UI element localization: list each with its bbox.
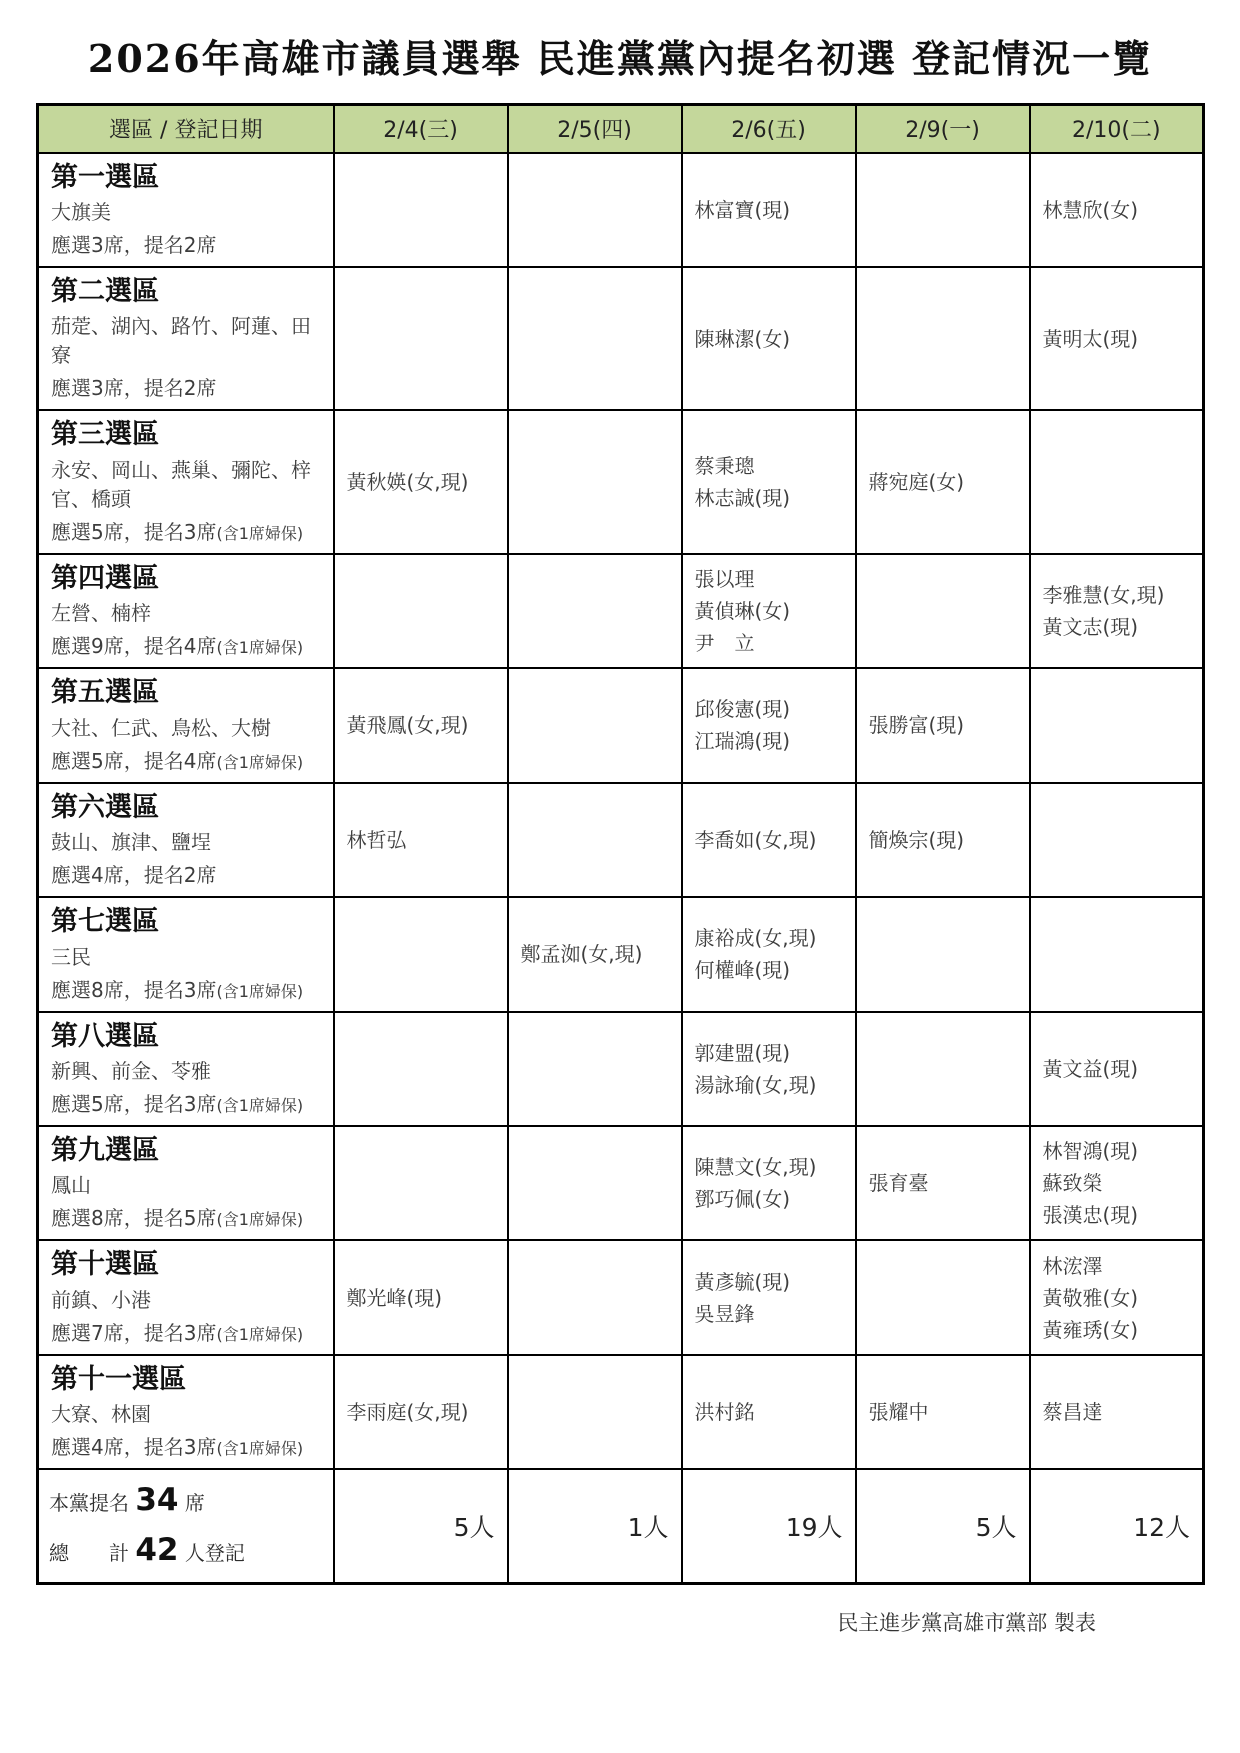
table-row: 第三選區永安、岡山、燕巢、彌陀、梓官、橋頭應選5席，提名3席(含1席婦保)黃秋媖… [38, 410, 1204, 553]
summary-row: 本黨提名 34 席 總 計 42 人登記 5人 1人 19人 5人 12人 [38, 1469, 1204, 1583]
candidates-cell [856, 554, 1030, 668]
candidates-cell [508, 1355, 682, 1469]
candidates-cell: 邱俊憲(現) 江瑞鴻(現) [682, 668, 856, 782]
header-date-4: 2/9(一) [856, 105, 1030, 153]
district-seats: 應選5席，提名4席(含1席婦保) [51, 748, 325, 774]
table-body: 第一選區大旗美應選3席，提名2席林富寶(現)林慧欣(女)第二選區茄萣、湖內、路竹… [38, 153, 1204, 1470]
candidates-cell [508, 1126, 682, 1240]
table-row: 第八選區新興、前金、苓雅應選5席，提名3席(含1席婦保)郭建盟(現) 湯詠瑜(女… [38, 1012, 1204, 1126]
candidates-cell [856, 1240, 1030, 1354]
candidates-cell [334, 153, 508, 267]
summary-total-count: 42 [135, 1532, 178, 1568]
candidates-cell: 黃飛鳳(女,現) [334, 668, 508, 782]
district-areas: 大旗美 [51, 198, 325, 227]
table-row: 第十一選區大寮、林園應選4席，提名3席(含1席婦保)李雨庭(女,現)洪村銘張耀中… [38, 1355, 1204, 1469]
district-cell: 第五選區大社、仁武、鳥松、大樹應選5席，提名4席(含1席婦保) [38, 668, 334, 782]
header-date-3: 2/6(五) [682, 105, 856, 153]
district-name: 第二選區 [51, 274, 325, 310]
candidates-cell: 鄭光峰(現) [334, 1240, 508, 1354]
candidates-cell [508, 1012, 682, 1126]
district-name: 第十選區 [51, 1247, 325, 1283]
district-areas: 三民 [51, 943, 325, 972]
district-cell: 第六選區鼓山、旗津、鹽埕應選4席，提名2席 [38, 783, 334, 897]
summary-count-5: 12人 [1030, 1469, 1204, 1583]
district-areas: 茄萣、湖內、路竹、阿蓮、田寮 [51, 312, 325, 370]
candidates-cell: 林智鴻(現) 蘇致榮 張漢忠(現) [1030, 1126, 1204, 1240]
summary-count-2: 1人 [508, 1469, 682, 1583]
page-title: 2026年高雄市議員選舉 民進黨黨內提名初選 登記情況一覽 [36, 28, 1204, 83]
candidates-cell: 蔡秉璁 林志誠(現) [682, 410, 856, 553]
candidates-cell [508, 267, 682, 410]
district-seats-note: (含1席婦保) [216, 1210, 303, 1229]
candidates-cell: 林哲弘 [334, 783, 508, 897]
candidates-cell: 郭建盟(現) 湯詠瑜(女,現) [682, 1012, 856, 1126]
district-areas: 大社、仁武、鳥松、大樹 [51, 714, 325, 743]
candidates-cell: 康裕成(女,現) 何權峰(現) [682, 897, 856, 1011]
summary-label-cell: 本黨提名 34 席 總 計 42 人登記 [38, 1469, 334, 1583]
candidates-cell [1030, 410, 1204, 553]
table-credit: 民主進步黨高雄市黨部 製表 [36, 1607, 1204, 1637]
table-row: 第六選區鼓山、旗津、鹽埕應選4席，提名2席林哲弘李喬如(女,現)簡煥宗(現) [38, 783, 1204, 897]
district-areas: 左營、楠梓 [51, 599, 325, 628]
registration-table: 選區 / 登記日期 2/4(三) 2/5(四) 2/6(五) 2/9(一) 2/… [36, 103, 1205, 1585]
district-cell: 第三選區永安、岡山、燕巢、彌陀、梓官、橋頭應選5席，提名3席(含1席婦保) [38, 410, 334, 553]
candidates-cell [856, 897, 1030, 1011]
summary-nominated-line: 本黨提名 34 席 [49, 1476, 325, 1526]
district-seats: 應選5席，提名3席(含1席婦保) [51, 519, 325, 545]
candidates-cell: 黃明太(現) [1030, 267, 1204, 410]
district-seats: 應選5席，提名3席(含1席婦保) [51, 1091, 325, 1117]
district-seats: 應選4席，提名3席(含1席婦保) [51, 1434, 325, 1460]
district-name: 第四選區 [51, 561, 325, 597]
summary-count-3: 19人 [682, 1469, 856, 1583]
candidates-cell [508, 783, 682, 897]
summary-total-prefix: 總 計 [49, 1541, 129, 1565]
candidates-cell: 李雨庭(女,現) [334, 1355, 508, 1469]
district-seats-note: (含1席婦保) [216, 1325, 303, 1344]
candidates-cell [508, 153, 682, 267]
candidates-cell: 李喬如(女,現) [682, 783, 856, 897]
district-seats-note: (含1席婦保) [216, 1096, 303, 1115]
district-cell: 第四選區左營、楠梓應選9席，提名4席(含1席婦保) [38, 554, 334, 668]
candidates-cell [508, 1240, 682, 1354]
district-cell: 第二選區茄萣、湖內、路竹、阿蓮、田寮應選3席，提名2席 [38, 267, 334, 410]
district-seats: 應選3席，提名2席 [51, 232, 325, 258]
candidates-cell: 張育臺 [856, 1126, 1030, 1240]
summary-nominated-count: 34 [135, 1482, 178, 1518]
summary-count-1: 5人 [334, 1469, 508, 1583]
district-seats: 應選9席，提名4席(含1席婦保) [51, 633, 325, 659]
district-cell: 第八選區新興、前金、苓雅應選5席，提名3席(含1席婦保) [38, 1012, 334, 1126]
candidates-cell: 林富寶(現) [682, 153, 856, 267]
district-seats-note: (含1席婦保) [216, 638, 303, 657]
district-seats-text: 應選3席，提名2席 [51, 376, 216, 400]
district-name: 第八選區 [51, 1019, 325, 1055]
district-seats-text: 應選5席，提名3席 [51, 520, 216, 544]
candidates-cell [856, 153, 1030, 267]
candidates-cell [508, 668, 682, 782]
district-cell: 第七選區三民應選8席，提名3席(含1席婦保) [38, 897, 334, 1011]
district-name: 第九選區 [51, 1133, 325, 1169]
header-date-5: 2/10(二) [1030, 105, 1204, 153]
district-seats-note: (含1席婦保) [216, 982, 303, 1001]
candidates-cell: 張勝富(現) [856, 668, 1030, 782]
candidates-cell: 張以理 黃偵琳(女) 尹 立 [682, 554, 856, 668]
summary-total-line: 總 計 42 人登記 [49, 1526, 325, 1576]
header-date-2: 2/5(四) [508, 105, 682, 153]
district-areas: 大寮、林園 [51, 1400, 325, 1429]
candidates-cell [334, 1126, 508, 1240]
candidates-cell [856, 1012, 1030, 1126]
candidates-cell: 林慧欣(女) [1030, 153, 1204, 267]
district-cell: 第一選區大旗美應選3席，提名2席 [38, 153, 334, 267]
table-row: 第九選區鳳山應選8席，提名5席(含1席婦保)陳慧文(女,現) 鄧巧佩(女)張育臺… [38, 1126, 1204, 1240]
table-row: 第四選區左營、楠梓應選9席，提名4席(含1席婦保)張以理 黃偵琳(女) 尹 立李… [38, 554, 1204, 668]
district-seats-note: (含1席婦保) [216, 753, 303, 772]
summary-nominated-prefix: 本黨提名 [49, 1491, 129, 1515]
district-seats-text: 應選7席，提名3席 [51, 1321, 216, 1345]
district-seats-text: 應選8席，提名5席 [51, 1206, 216, 1230]
table-row: 第十選區前鎮、小港應選7席，提名3席(含1席婦保)鄭光峰(現)黃彥毓(現) 吳昱… [38, 1240, 1204, 1354]
district-areas: 鼓山、旗津、鹽埕 [51, 828, 325, 857]
table-row: 第一選區大旗美應選3席，提名2席林富寶(現)林慧欣(女) [38, 153, 1204, 267]
district-seats-note: (含1席婦保) [216, 1439, 303, 1458]
district-seats: 應選4席，提名2席 [51, 862, 325, 888]
candidates-cell: 簡煥宗(現) [856, 783, 1030, 897]
candidates-cell [1030, 897, 1204, 1011]
candidates-cell [856, 267, 1030, 410]
district-seats: 應選8席，提名5席(含1席婦保) [51, 1205, 325, 1231]
summary-total-suffix: 人登記 [185, 1541, 245, 1565]
summary-count-4: 5人 [856, 1469, 1030, 1583]
candidates-cell: 洪村銘 [682, 1355, 856, 1469]
district-seats: 應選7席，提名3席(含1席婦保) [51, 1320, 325, 1346]
candidates-cell: 蔣宛庭(女) [856, 410, 1030, 553]
table-row: 第七選區三民應選8席，提名3席(含1席婦保)鄭孟洳(女,現)康裕成(女,現) 何… [38, 897, 1204, 1011]
district-areas: 前鎮、小港 [51, 1286, 325, 1315]
district-name: 第五選區 [51, 675, 325, 711]
summary-nominated-suffix: 席 [185, 1491, 205, 1515]
district-seats: 應選8席，提名3席(含1席婦保) [51, 977, 325, 1003]
candidates-cell: 李雅慧(女,現) 黃文志(現) [1030, 554, 1204, 668]
district-seats-text: 應選5席，提名3席 [51, 1092, 216, 1116]
district-name: 第六選區 [51, 790, 325, 826]
header-row: 選區 / 登記日期 2/4(三) 2/5(四) 2/6(五) 2/9(一) 2/… [38, 105, 1204, 153]
district-seats-note: (含1席婦保) [216, 524, 303, 543]
district-areas: 永安、岡山、燕巢、彌陀、梓官、橋頭 [51, 456, 325, 514]
candidates-cell [1030, 668, 1204, 782]
page: 2026年高雄市議員選舉 民進黨黨內提名初選 登記情況一覽 選區 / 登記日期 … [0, 0, 1240, 1649]
district-seats: 應選3席，提名2席 [51, 375, 325, 401]
district-seats-text: 應選9席，提名4席 [51, 634, 216, 658]
candidates-cell [334, 554, 508, 668]
district-name: 第七選區 [51, 904, 325, 940]
candidates-cell: 黃彥毓(現) 吳昱鋒 [682, 1240, 856, 1354]
header-district-label: 選區 / 登記日期 [38, 105, 334, 153]
table-row: 第二選區茄萣、湖內、路竹、阿蓮、田寮應選3席，提名2席陳琳潔(女)黃明太(現) [38, 267, 1204, 410]
candidates-cell: 黃文益(現) [1030, 1012, 1204, 1126]
candidates-cell: 陳琳潔(女) [682, 267, 856, 410]
candidates-cell: 蔡昌達 [1030, 1355, 1204, 1469]
candidates-cell [508, 410, 682, 553]
district-cell: 第十一選區大寮、林園應選4席，提名3席(含1席婦保) [38, 1355, 334, 1469]
district-cell: 第九選區鳳山應選8席，提名5席(含1席婦保) [38, 1126, 334, 1240]
candidates-cell: 張耀中 [856, 1355, 1030, 1469]
candidates-cell: 鄭孟洳(女,現) [508, 897, 682, 1011]
header-date-1: 2/4(三) [334, 105, 508, 153]
candidates-cell: 陳慧文(女,現) 鄧巧佩(女) [682, 1126, 856, 1240]
candidates-cell: 林浤澤 黃敬雅(女) 黃雍琇(女) [1030, 1240, 1204, 1354]
district-seats-text: 應選5席，提名4席 [51, 749, 216, 773]
district-name: 第一選區 [51, 160, 325, 196]
district-seats-text: 應選4席，提名3席 [51, 1435, 216, 1459]
candidates-cell [334, 1012, 508, 1126]
candidates-cell [1030, 783, 1204, 897]
district-seats-text: 應選3席，提名2席 [51, 233, 216, 257]
candidates-cell [334, 267, 508, 410]
table-row: 第五選區大社、仁武、鳥松、大樹應選5席，提名4席(含1席婦保)黃飛鳳(女,現)邱… [38, 668, 1204, 782]
district-cell: 第十選區前鎮、小港應選7席，提名3席(含1席婦保) [38, 1240, 334, 1354]
district-areas: 鳳山 [51, 1171, 325, 1200]
district-seats-text: 應選4席，提名2席 [51, 863, 216, 887]
candidates-cell [334, 897, 508, 1011]
district-seats-text: 應選8席，提名3席 [51, 978, 216, 1002]
candidates-cell [508, 554, 682, 668]
district-name: 第十一選區 [51, 1362, 325, 1398]
candidates-cell: 黃秋媖(女,現) [334, 410, 508, 553]
district-areas: 新興、前金、苓雅 [51, 1057, 325, 1086]
district-name: 第三選區 [51, 417, 325, 453]
